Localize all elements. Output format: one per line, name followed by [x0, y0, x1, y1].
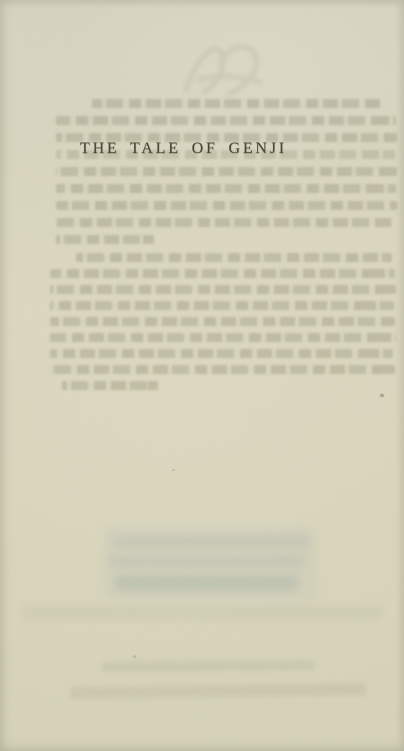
smudge-stripe [112, 536, 310, 547]
showthrough-flourish [168, 32, 278, 107]
showthrough-smudge-block [104, 527, 316, 599]
showthrough-text-line [56, 218, 394, 227]
showthrough-text-line [92, 99, 380, 108]
scanned-book-page: THE TALE OF GENJI [0, 0, 404, 751]
showthrough-paragraph-middle [0, 253, 404, 397]
showthrough-text-line [76, 253, 392, 262]
showthrough-paragraph-top [0, 99, 404, 252]
showthrough-band [22, 606, 382, 619]
showthrough-text-line [56, 167, 397, 176]
paper-speck [380, 394, 384, 397]
showthrough-text-line [50, 269, 395, 278]
smudge-stripe [108, 555, 306, 568]
showthrough-text-line [50, 317, 395, 326]
showthrough-text-line [50, 349, 393, 358]
showthrough-text-line [56, 235, 154, 244]
paper-speck [133, 655, 136, 658]
page-title: THE TALE OF GENJI [80, 140, 287, 157]
smudge-stripe [114, 575, 298, 591]
showthrough-text-line [56, 184, 396, 193]
showthrough-text-line [56, 201, 397, 210]
showthrough-text-line [50, 301, 394, 310]
showthrough-smudge-line-2 [70, 683, 366, 699]
showthrough-text-line [50, 333, 396, 342]
showthrough-smudge-line-1 [102, 660, 314, 671]
paper-speck [172, 469, 175, 471]
showthrough-text-line [62, 381, 158, 390]
showthrough-text-line [56, 116, 396, 125]
showthrough-text-line [50, 365, 395, 374]
showthrough-text-line [50, 285, 396, 294]
